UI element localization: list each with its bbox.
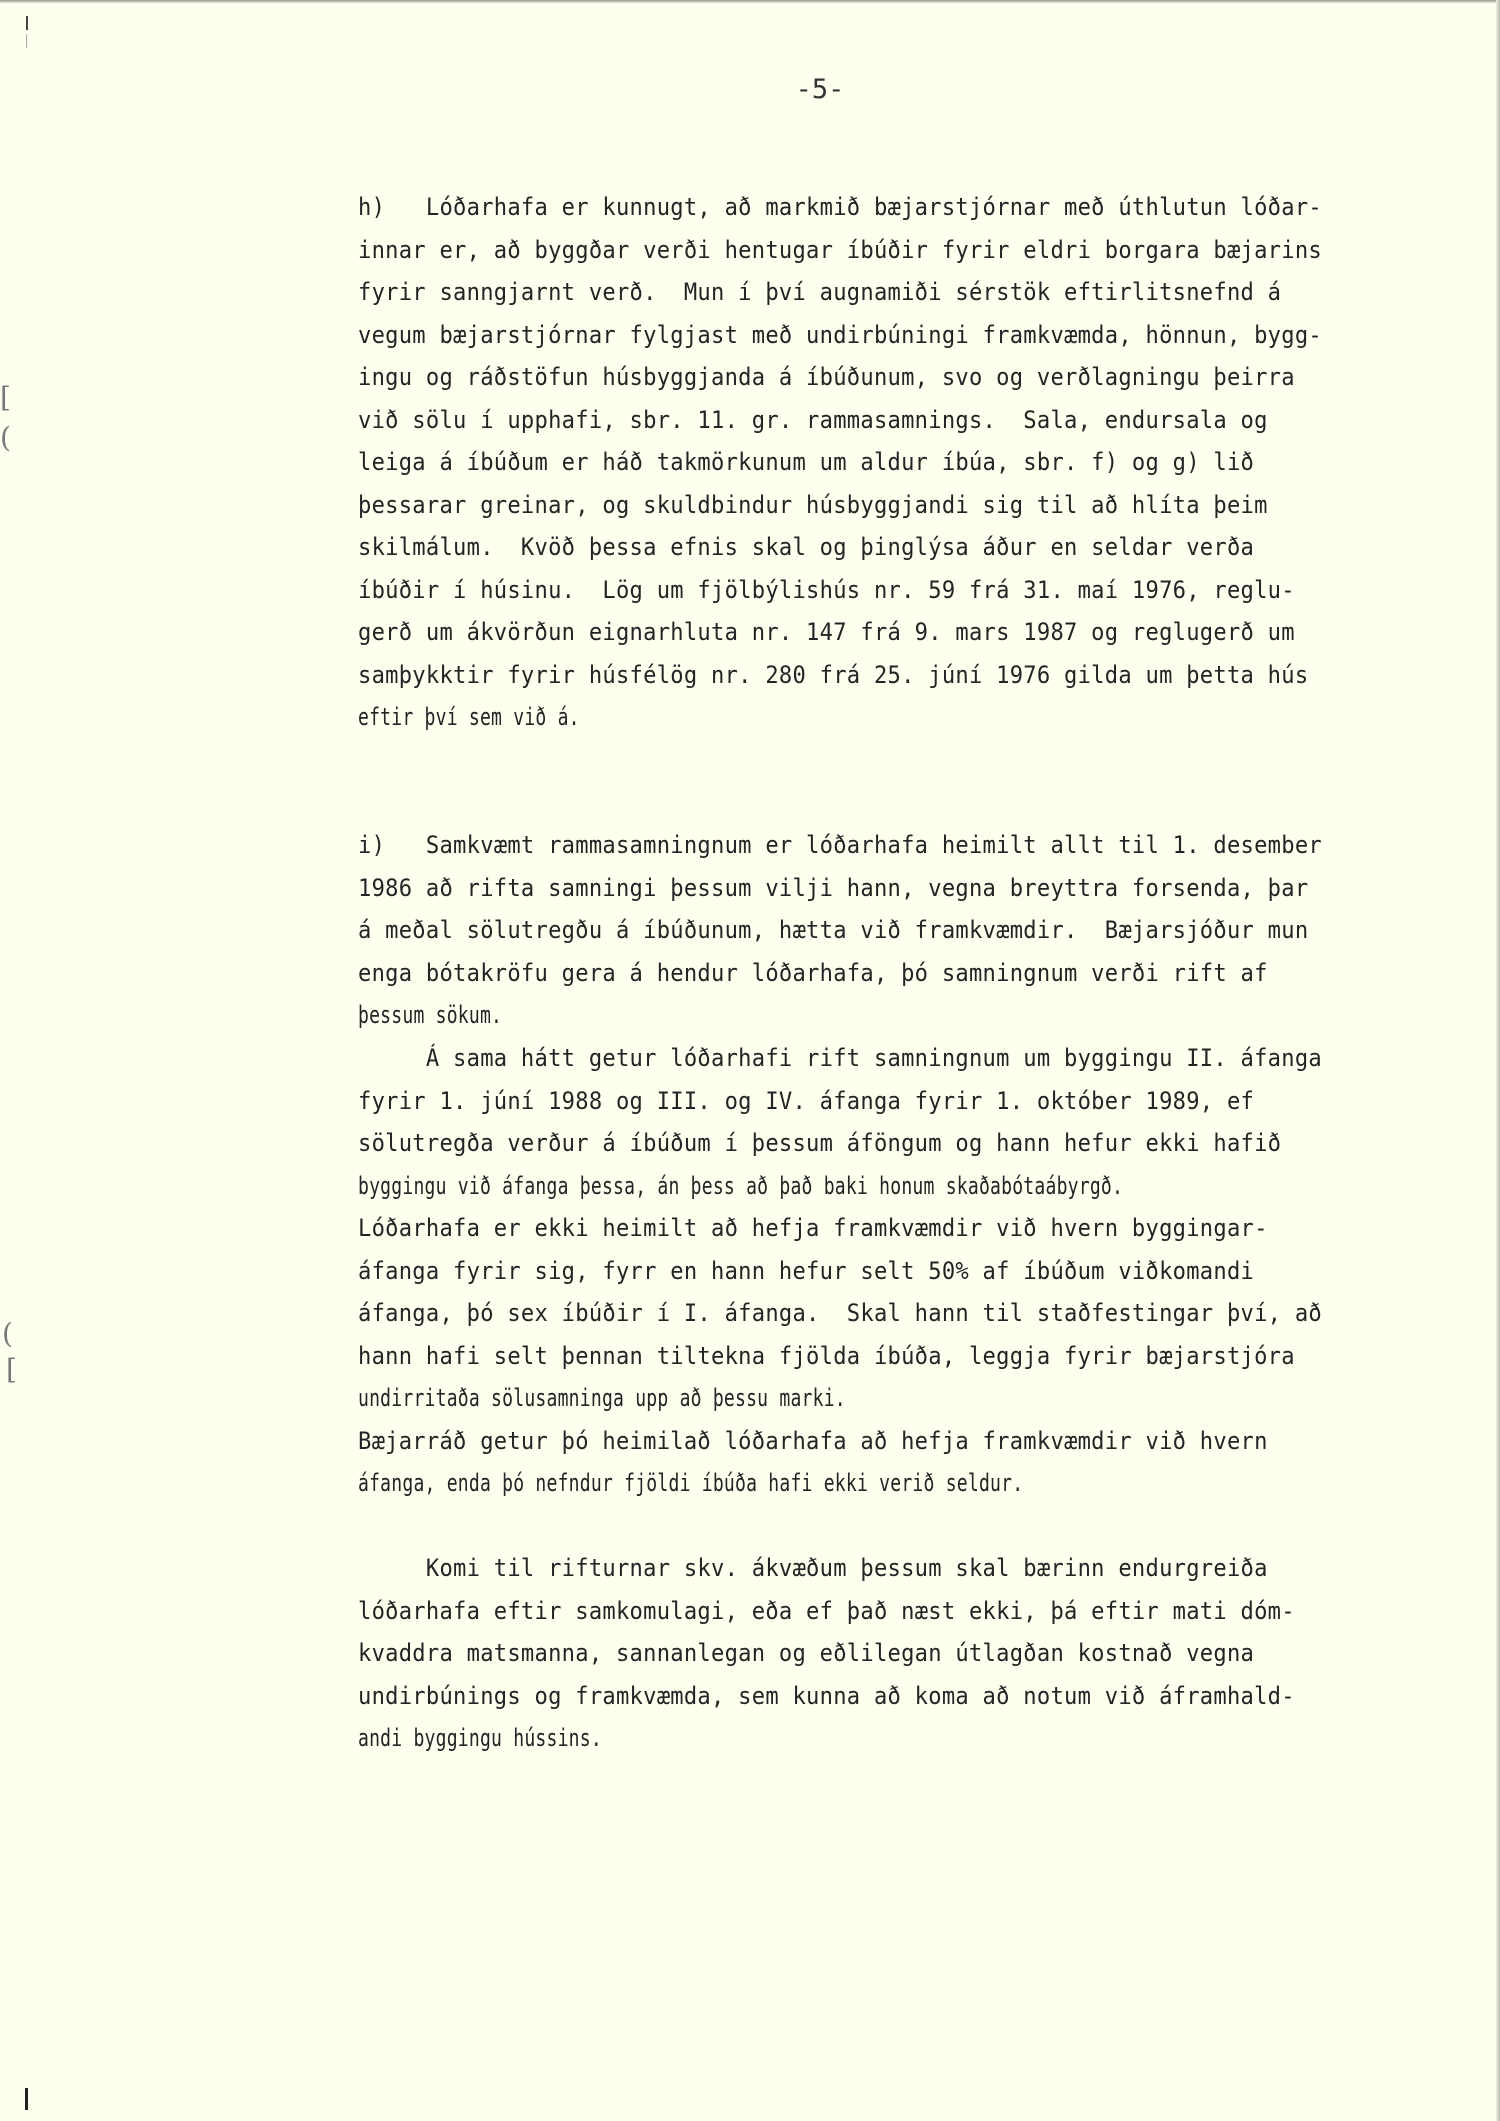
text-line: Komi til rifturnar skv. ákvæðum þessum s… bbox=[358, 1553, 1400, 1583]
text-line: innar er, að byggðar verði hentugar íbúð… bbox=[358, 235, 1400, 265]
text-line: i) Samkvæmt rammasamningnum er lóðarhafa… bbox=[358, 830, 1400, 860]
text-line: þessum sökum. bbox=[358, 1000, 1209, 1030]
text-line: undirbúnings og framkvæmda, sem kunna að… bbox=[358, 1681, 1400, 1711]
margin-bracket-3: ( bbox=[2, 1320, 13, 1348]
text-line: fyrir sanngjarnt verð. Mun í því augnami… bbox=[358, 277, 1400, 307]
text-line: skilmálum. Kvöð þessa efnis skal og þing… bbox=[358, 532, 1400, 562]
text-line: Á sama hátt getur lóðarhafi rift samning… bbox=[358, 1043, 1400, 1073]
text-line: þessarar greinar, og skuldbindur húsbygg… bbox=[358, 490, 1400, 520]
text-line: enga bótakröfu gera á hendur lóðarhafa, … bbox=[358, 958, 1400, 988]
text-line: kvaddra matsmanna, sannanlegan og eðlile… bbox=[358, 1638, 1400, 1668]
margin-bracket-2: ( bbox=[0, 424, 11, 452]
text-line: h) Lóðarhafa er kunnugt, að markmið bæja… bbox=[358, 192, 1400, 222]
text-line: sölutregða verður á íbúðum í þessum áfön… bbox=[358, 1128, 1400, 1158]
text-line: undirritaða sölusamninga upp að þessu ma… bbox=[358, 1383, 1209, 1413]
margin-bracket-1: [ bbox=[0, 384, 11, 412]
text-line: á meðal sölutregðu á íbúðunum, hætta við… bbox=[358, 915, 1400, 945]
scan-mark-top bbox=[26, 16, 28, 30]
text-line: hann hafi selt þennan tiltekna fjölda íb… bbox=[358, 1341, 1400, 1371]
text-line: Bæjarráð getur þó heimilað lóðarhafa að … bbox=[358, 1426, 1400, 1456]
text-line: 1986 að rifta samningi þessum vilji hann… bbox=[358, 873, 1400, 903]
scan-mark-bottom bbox=[25, 2088, 28, 2110]
text-line: við sölu í upphafi, sbr. 11. gr. rammasa… bbox=[358, 405, 1400, 435]
text-line: byggingu við áfanga þessa, án þess að þa… bbox=[358, 1171, 1209, 1201]
text-line: leiga á íbúðum er háð takmörkunum um ald… bbox=[358, 447, 1400, 477]
text-line: andi byggingu hússins. bbox=[358, 1723, 1209, 1753]
text-line: áfanga, þó sex íbúðir í I. áfanga. Skal … bbox=[358, 1298, 1400, 1328]
text-line: áfanga, enda þó nefndur fjöldi íbúða haf… bbox=[358, 1468, 1209, 1498]
page-number: -5- bbox=[0, 74, 1500, 105]
margin-bracket-4: [ bbox=[6, 1356, 17, 1384]
page-edge-right bbox=[1496, 0, 1500, 2121]
text-line: vegum bæjarstjórnar fylgjast með undirbú… bbox=[358, 320, 1400, 350]
text-line: Lóðarhafa er ekki heimilt að hefja framk… bbox=[358, 1213, 1400, 1243]
page-edge-top bbox=[0, 0, 1500, 3]
text-line: gerð um ákvörðun eignarhluta nr. 147 frá… bbox=[358, 617, 1400, 647]
text-line: lóðarhafa eftir samkomulagi, eða ef það … bbox=[358, 1596, 1400, 1626]
text-line: áfanga fyrir sig, fyrr en hann hefur sel… bbox=[358, 1256, 1400, 1286]
text-line: fyrir 1. júní 1988 og III. og IV. áfanga… bbox=[358, 1086, 1400, 1116]
text-line: ingu og ráðstöfun húsbyggjanda á íbúðunu… bbox=[358, 362, 1400, 392]
text-line: eftir því sem við á. bbox=[358, 702, 1209, 732]
text-line: íbúðir í húsinu. Lög um fjölbýlishús nr.… bbox=[358, 575, 1400, 605]
scan-mark-top-dots bbox=[26, 34, 27, 48]
text-line: samþykktir fyrir húsfélög nr. 280 frá 25… bbox=[358, 660, 1400, 690]
